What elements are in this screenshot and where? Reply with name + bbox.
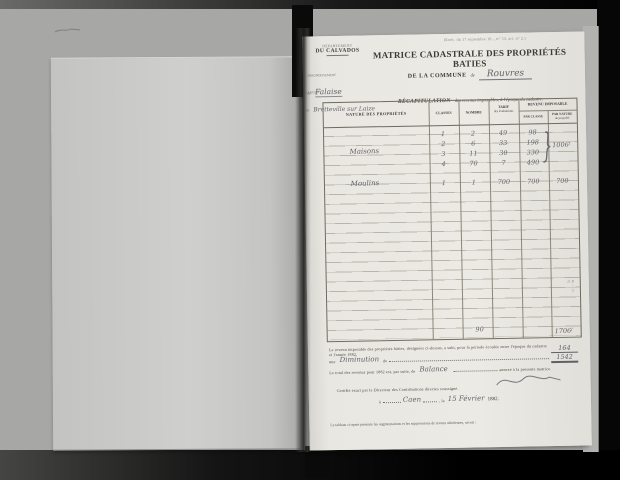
p1b-handwritten-word: Diminution	[339, 355, 379, 364]
maisons-r2-classe: 2	[432, 140, 454, 149]
left-page	[51, 56, 301, 451]
moulins-par-nature: 700	[551, 176, 574, 185]
moulins-par-classe: 700	[522, 177, 545, 186]
moulins-nombre: 1	[463, 178, 485, 187]
p2-prefix: Le total des revenus pour 1882 est, par …	[329, 369, 415, 376]
dotted-leader	[389, 354, 549, 362]
maisons-r3-nombre: 11	[462, 149, 484, 158]
matrice-page: (Exéc. du 17 septembre 18.., n° 53, art.…	[302, 31, 592, 450]
commune-prefix: DE LA COMMUNE	[408, 73, 467, 80]
scan-right-band	[597, 0, 620, 480]
bottom-note: Le tableau ci-après présente les augment…	[330, 419, 570, 427]
col-header-par-nature: PAR NATURE de propriété	[548, 112, 577, 121]
col-header-classes: CLASSES	[429, 111, 459, 116]
date-line: à Caen , le 15 Février 1882.	[379, 393, 564, 404]
gutter-shadow	[295, 28, 311, 452]
maisons-r4-classe: 4	[432, 160, 454, 169]
col-header-par-nature-sub: de propriété	[555, 116, 569, 120]
date-at: à	[379, 399, 381, 404]
moulins-tarif: 700	[493, 178, 515, 187]
maisons-r3-tarif: 30	[492, 149, 514, 158]
col-header-nombre: NOMBRE	[459, 110, 489, 115]
maisons-r1-tarif: 49	[492, 129, 514, 138]
arrondissement-label: ARRONDISSEMENT	[307, 73, 336, 78]
amounts-block: 164 1542	[551, 344, 578, 363]
p1b-une: une	[329, 359, 335, 364]
total-nombre: 90	[467, 325, 491, 334]
department-rule	[327, 55, 349, 56]
department-value: DU CALVADOS	[308, 47, 366, 54]
maisons-r2-nombre: 6	[462, 139, 484, 148]
commune-value: Rouvres	[479, 68, 533, 80]
col-header-tarif-sub: des évaluations	[494, 109, 514, 113]
maisons-r3-classe: 3	[432, 150, 454, 159]
maisons-r4-par-classe: 490	[521, 158, 544, 167]
dotted-leader	[423, 397, 437, 402]
signature-flourish	[493, 370, 563, 391]
commune-de: de	[471, 72, 475, 77]
col-header-par-classe: PAR CLASSE	[519, 114, 548, 119]
commune-line: DE LA COMMUNE de Rouvres	[361, 62, 579, 84]
date-day-month: 15 Février	[448, 394, 485, 403]
maisons-r2-par-classe: 198	[521, 138, 544, 147]
edge-mark: 4b — 12-62	[567, 280, 575, 294]
col-header-nature: NATURE DES PROPRIÉTÉS	[326, 110, 427, 117]
date-le: , le	[439, 398, 445, 403]
maisons-par-nature-total: 1006ᶠ	[546, 140, 576, 149]
maisons-r1-nombre: 2	[462, 129, 484, 138]
maisons-r1-par-classe: 98	[521, 128, 544, 137]
col-header-revenu: REVENU IMPOSABLE	[518, 102, 576, 107]
moulins-classe: 1	[433, 179, 455, 188]
maisons-r2-tarif: 33	[492, 139, 514, 148]
p1b-de: de	[383, 358, 387, 363]
reference-note: (Exéc. du 17 septembre 18.., n° 53, art.…	[397, 35, 572, 43]
p2-handwritten-word: Balance	[419, 365, 447, 374]
amount-total-1882: 1542	[551, 353, 578, 363]
maisons-r4-tarif: 7	[492, 159, 514, 168]
pencil-mark	[52, 23, 84, 37]
maisons-r1-classe: 1	[432, 130, 454, 139]
maisons-r3-par-classe: 330	[521, 148, 544, 157]
scanned-register-page: (Exéc. du 17 septembre 18.., n° 53, art.…	[0, 0, 620, 480]
dotted-leader	[383, 398, 401, 403]
date-year: 1882.	[488, 397, 499, 402]
maisons-r4-nombre: 70	[462, 159, 484, 168]
date-place: Caen	[403, 396, 421, 404]
total-par-nature: 1706ᶠ	[548, 326, 580, 335]
dotted-leader	[454, 366, 498, 372]
department-block: DÉPARTEMENT DU CALVADOS	[308, 43, 366, 56]
col-header-tarif: TARIF des évaluations	[489, 105, 519, 114]
